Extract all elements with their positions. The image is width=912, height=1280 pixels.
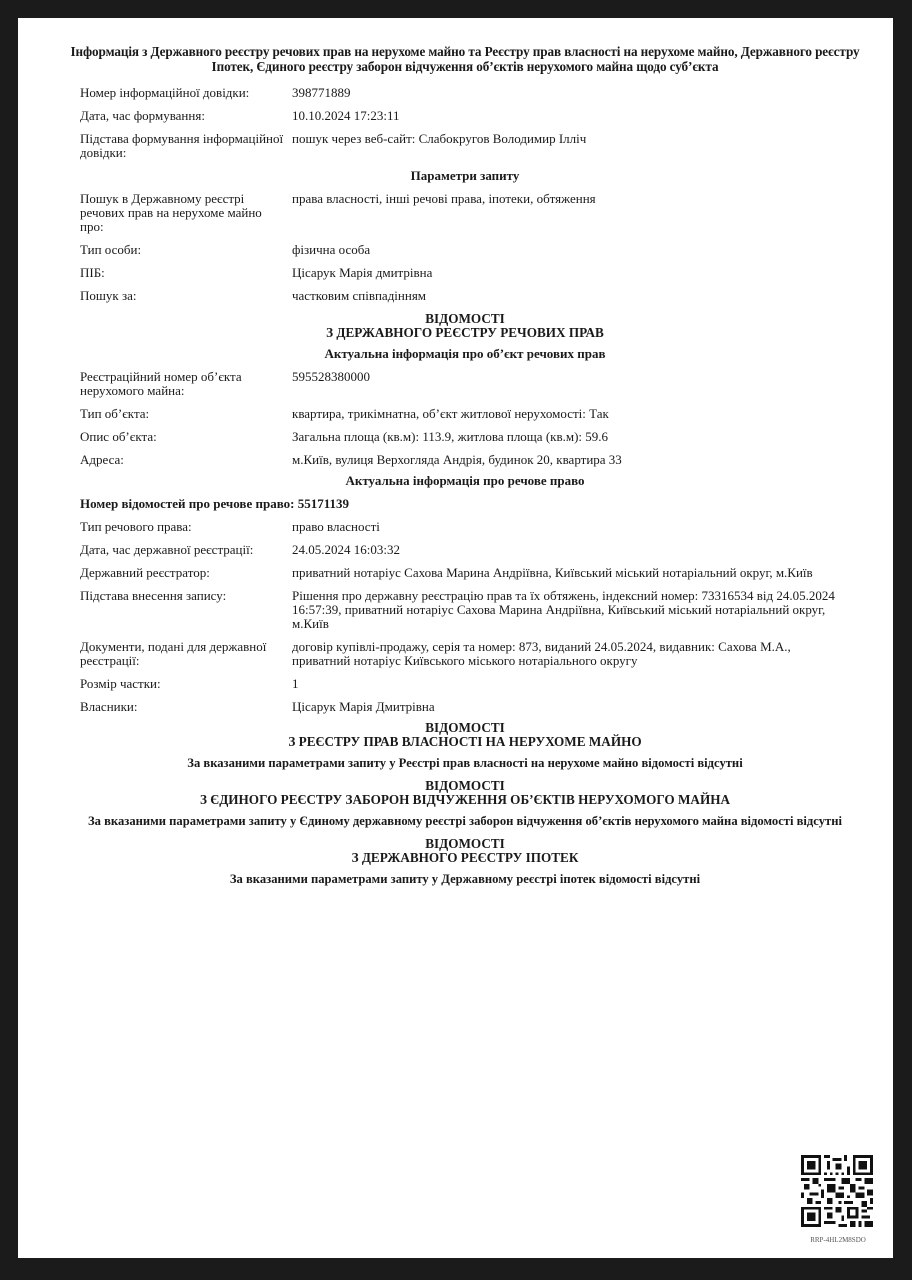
right-row-registration-date: Дата, час державної реєстрації: 24.05.20…	[80, 543, 850, 557]
row-value: м.Київ, вулиця Верхогляда Андрія, будино…	[292, 453, 850, 467]
row-value: 398771889	[292, 86, 850, 100]
heading-line: ВІДОМОСТІ	[80, 312, 850, 326]
row-label: Реєстраційний номер об’єкта нерухомого м…	[80, 370, 292, 398]
row-label: Розмір частки:	[80, 677, 292, 691]
rights-registry-heading: ВІДОМОСТІ З ДЕРЖАВНОГО РЕЄСТРУ РЕЧОВИХ П…	[80, 312, 850, 339]
right-info: Тип речового права: право власності Дата…	[80, 520, 850, 714]
row-label: Номер інформаційної довідки:	[80, 86, 292, 100]
object-info: Реєстраційний номер об’єкта нерухомого м…	[80, 370, 850, 467]
right-row-documents: Документи, подані для державної реєстрац…	[80, 640, 850, 668]
info-row-created-at: Дата, час формування: 10.10.2024 17:23:1…	[80, 109, 850, 123]
mortgage-registry-absent: За вказаними параметрами запиту у Держав…	[60, 872, 870, 886]
row-value: Загальна площа (кв.м): 113.9, житлова пл…	[292, 430, 850, 444]
object-row-description: Опис об’єкта: Загальна площа (кв.м): 113…	[80, 430, 850, 444]
document-page: Інформація з Державного реєстру речових …	[18, 18, 893, 1258]
right-row-owners: Власники: Цісарук Марія Дмитрівна	[80, 700, 850, 714]
heading-line: ВІДОМОСТІ	[80, 837, 850, 851]
row-label: Пошук за:	[80, 289, 292, 303]
row-label: Адреса:	[80, 453, 292, 467]
mortgage-registry-heading: ВІДОМОСТІ З ДЕРЖАВНОГО РЕЄСТРУ ІПОТЕК	[80, 837, 850, 864]
row-value: фізична особа	[292, 243, 850, 257]
heading-line: ВІДОМОСТІ	[80, 779, 850, 793]
row-value: приватний нотаріус Сахова Марина Андріїв…	[292, 566, 850, 580]
row-label: Власники:	[80, 700, 292, 714]
query-row-person-type: Тип особи: фізична особа	[80, 243, 850, 257]
prohibitions-registry-heading: ВІДОМОСТІ З ЄДИНОГО РЕЄСТРУ ЗАБОРОН ВІДЧ…	[80, 779, 850, 806]
right-info-heading: Актуальна інформація про речове право	[80, 474, 850, 488]
row-value: Рішення про державну реєстрацію прав та …	[292, 589, 850, 631]
prohibitions-registry-absent: За вказаними параметрами запиту у Єдином…	[60, 814, 870, 828]
row-label: Державний реєстратор:	[80, 566, 292, 580]
row-value: пошук через веб-сайт: Слабокругов Володи…	[292, 132, 850, 160]
document-title: Інформація з Державного реєстру речових …	[62, 44, 868, 74]
row-label: ПІБ:	[80, 266, 292, 280]
row-value: права власності, інші речові права, іпот…	[292, 192, 850, 234]
row-value: частковим співпадінням	[292, 289, 850, 303]
ownership-registry-absent: За вказаними параметрами запиту у Реєстр…	[60, 756, 870, 770]
header-info: Номер інформаційної довідки: 398771889 Д…	[80, 86, 850, 160]
row-value: Цісарук Марія Дмитрівна	[292, 700, 850, 714]
object-info-heading: Актуальна інформація про об’єкт речових …	[80, 347, 850, 361]
query-params-heading: Параметри запиту	[80, 169, 850, 183]
document-content: Інформація з Державного реєстру речових …	[80, 44, 850, 895]
heading-line: З ДЕРЖАВНОГО РЕЄСТРУ РЕЧОВИХ ПРАВ	[80, 326, 850, 340]
row-label: Опис об’єкта:	[80, 430, 292, 444]
right-row-share: Розмір частки: 1	[80, 677, 850, 691]
right-row-basis: Підстава внесення запису: Рішення про де…	[80, 589, 850, 631]
object-row-address: Адреса: м.Київ, вулиця Верхогляда Андрія…	[80, 453, 850, 467]
row-value: договір купівлі-продажу, серія та номер:…	[292, 640, 850, 668]
heading-line: З ЄДИНОГО РЕЄСТРУ ЗАБОРОН ВІДЧУЖЕННЯ ОБ’…	[80, 793, 850, 807]
row-label: Пошук в Державному реєстрі речових прав …	[80, 192, 292, 234]
heading-line: З РЕЄСТРУ ПРАВ ВЛАСНОСТІ НА НЕРУХОМЕ МАЙ…	[80, 735, 850, 749]
row-value: право власності	[292, 520, 850, 534]
object-row-type: Тип об’єкта: квартира, трикімнатна, об’є…	[80, 407, 850, 421]
query-row-search-in: Пошук в Державному реєстрі речових прав …	[80, 192, 850, 234]
row-value: 10.10.2024 17:23:11	[292, 109, 850, 123]
query-row-search-by: Пошук за: частковим співпадінням	[80, 289, 850, 303]
row-value: квартира, трикімнатна, об’єкт житлової н…	[292, 407, 850, 421]
right-row-type: Тип речового права: право власності	[80, 520, 850, 534]
row-value: 595528380000	[292, 370, 850, 398]
row-label: Тип речового права:	[80, 520, 292, 534]
row-value: 24.05.2024 16:03:32	[292, 543, 850, 557]
row-value: 1	[292, 677, 850, 691]
row-label: Тип об’єкта:	[80, 407, 292, 421]
qr-code-icon	[801, 1155, 873, 1227]
object-row-reg-number: Реєстраційний номер об’єкта нерухомого м…	[80, 370, 850, 398]
right-number: Номер відомостей про речове право: 55171…	[80, 497, 850, 511]
row-label: Дата, час державної реєстрації:	[80, 543, 292, 557]
row-label: Підстава внесення запису:	[80, 589, 292, 631]
ownership-registry-heading: ВІДОМОСТІ З РЕЄСТРУ ПРАВ ВЛАСНОСТІ НА НЕ…	[80, 721, 850, 748]
heading-line: З ДЕРЖАВНОГО РЕЄСТРУ ІПОТЕК	[80, 851, 850, 865]
row-label: Документи, подані для державної реєстрац…	[80, 640, 292, 668]
row-label: Тип особи:	[80, 243, 292, 257]
row-label: Підстава формування інформаційної довідк…	[80, 132, 292, 160]
info-row-basis: Підстава формування інформаційної довідк…	[80, 132, 850, 160]
row-label: Дата, час формування:	[80, 109, 292, 123]
qr-code-text: RRP-4HL2M8SDO	[796, 1236, 880, 1244]
heading-line: ВІДОМОСТІ	[80, 721, 850, 735]
row-value: Цісарук Марія дмитрівна	[292, 266, 850, 280]
query-row-full-name: ПІБ: Цісарук Марія дмитрівна	[80, 266, 850, 280]
info-row-certificate-number: Номер інформаційної довідки: 398771889	[80, 86, 850, 100]
query-params: Пошук в Державному реєстрі речових прав …	[80, 192, 850, 303]
right-row-registrar: Державний реєстратор: приватний нотаріус…	[80, 566, 850, 580]
